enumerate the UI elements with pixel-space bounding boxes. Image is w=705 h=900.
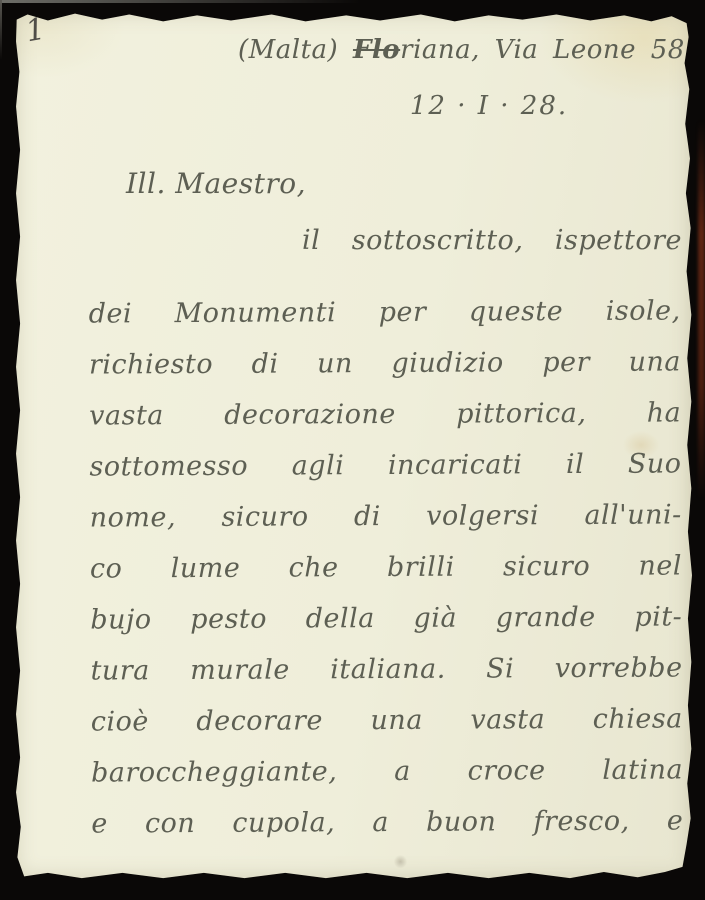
letter-line: co lume che brilli sicuro nel (90, 540, 682, 594)
letter-line: e con cupola, a buon fresco, e (91, 795, 683, 849)
salutation: Ill. Maestro, (126, 167, 306, 200)
letter-line: tura murale italiana. Si vorrebbe (90, 642, 682, 696)
letter-line: richiesto di un giudizio per una (89, 336, 681, 390)
letter-line: sottomesso agli incaricati il Suo (89, 438, 681, 492)
scanner-glint-top (0, 0, 360, 3)
letter-line: baroccheggiante, a croce latina (91, 744, 683, 798)
scan-background: 1 (Malta) Floriana, Via Leone 58. 12 · I… (0, 0, 705, 900)
letter-body: dei Monumenti per queste isole, richiest… (89, 285, 684, 849)
date-line: 12 · I · 28. (344, 91, 634, 121)
letter-page: 1 (Malta) Floriana, Via Leone 58. 12 · I… (14, 11, 692, 879)
place-rest: riana, Via Leone 58. (400, 35, 693, 65)
book-spine-edge (698, 120, 705, 500)
scanner-glint-left (0, 0, 2, 60)
opening-line: il sottoscritto, ispettore (302, 225, 682, 256)
letter-line: cioè decorare una vasta chiesa (91, 693, 683, 747)
letter-line: vasta decorazione pittorica, ha (89, 387, 681, 441)
letter-line: dei Monumenti per queste isole, (89, 285, 681, 339)
letter-line: nome, sicuro di volgersi all'uni- (90, 489, 682, 543)
place-date-line: (Malta) Floriana, Via Leone 58. (238, 35, 694, 65)
place-prefix: (Malta) (238, 35, 353, 65)
place-corrected-word: Flo (353, 35, 400, 65)
page-number: 1 (23, 12, 48, 50)
letter-line: bujo pesto della già grande pit- (90, 591, 682, 645)
